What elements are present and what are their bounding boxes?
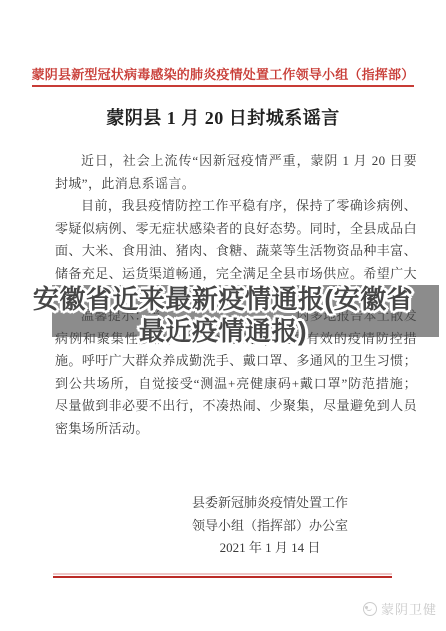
mengyin-health-logo-icon — [363, 602, 377, 616]
notice-title: 蒙阴县 1 月 20 日封城系谣言 — [0, 104, 446, 130]
signature-org-line-1: 县委新冠肺炎疫情处置工作 — [160, 492, 380, 515]
watermark: 蒙阴卫健 — [363, 599, 437, 618]
caption-line-2: 最近疫情通报) — [0, 315, 446, 347]
footer-divider-rule — [53, 573, 392, 575]
signature-date: 2021 年 1 月 14 日 — [160, 537, 380, 560]
caption-line-1: 安徽省近来最新疫情通报(安徽省 — [0, 283, 446, 315]
signature-org-line-2: 领导小组（指挥部）办公室 — [160, 515, 380, 538]
article-page: 蒙阴县新型冠状病毒感染的肺炎疫情处置工作领导小组（指挥部） 蒙阴县 1 月 20… — [0, 0, 446, 631]
header-banner: 蒙阴县新型冠状病毒感染的肺炎疫情处置工作领导小组（指挥部） — [0, 64, 446, 87]
header-banner-text: 蒙阴县新型冠状病毒感染的肺炎疫情处置工作领导小组（指挥部） — [32, 64, 415, 87]
caption-overlay-text: 安徽省近来最新疫情通报(安徽省 最近疫情通报) — [0, 283, 446, 347]
signature-block: 县委新冠肺炎疫情处置工作 领导小组（指挥部）办公室 2021 年 1 月 14 … — [160, 492, 380, 560]
paragraph-rumor-statement: 近日，社会上流传“因新冠疫情严重，蒙阴 1 月 20 日要封城”，此消息系谣言。 — [55, 150, 417, 195]
watermark-label: 蒙阴卫健 — [381, 599, 437, 618]
